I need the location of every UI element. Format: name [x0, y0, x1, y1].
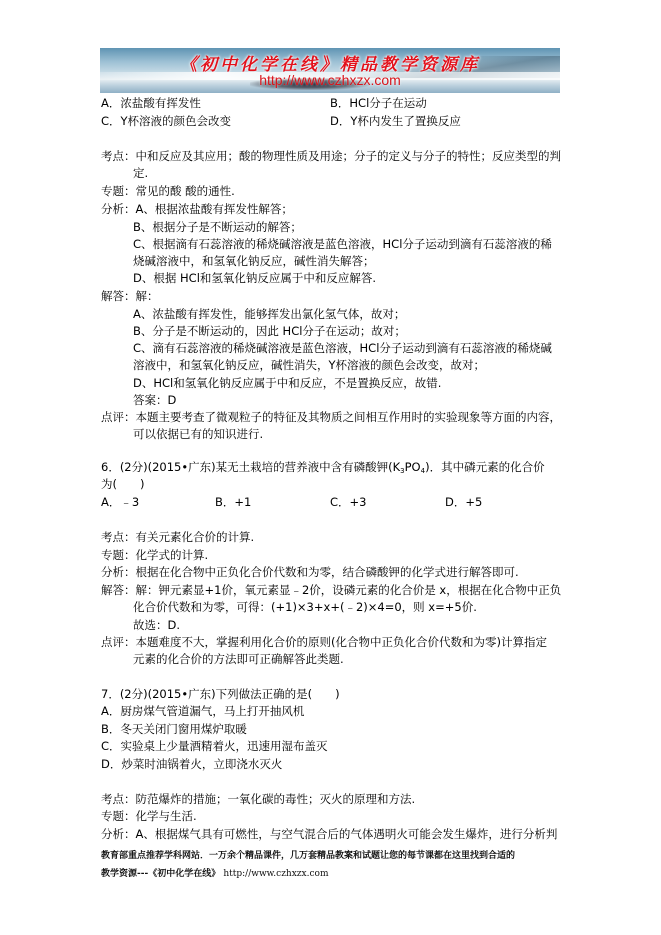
q6-stem-line-2: 为( ) [101, 477, 144, 491]
q5-jieda-line-2: A、浓盐酸有挥发性，能够挥发出氯化氢气体，故对； [133, 307, 405, 321]
q7-fenxi-line-1: 分析：A、根据煤气具有可燃性，与空气混合后的气体遇明火可能会发生爆炸，进行分析判 [101, 827, 557, 841]
footer-line-1: 教育部重点推荐学科网站．一万余个精品课件，几万套精品教案和试题让您的每节课都在这… [101, 850, 515, 862]
site-banner: 《初中化学在线》精品教学资源库 http://www.czhxzx.com [100, 48, 560, 93]
q6-dianping-line-2: 元素的化合价的方法即可正确解答此类题. [133, 652, 344, 666]
q5-fenxi-line-4: 烧碱溶液中，和氢氧化钠反应，碱性消失解答； [133, 254, 375, 268]
q6-option-a: A．﹣3 [101, 495, 139, 509]
q7-option-a: A．厨房煤气管道漏气，马上打开抽风机 [101, 704, 304, 718]
q5-fenxi-line-3: C、根据滴有石蕊溶液的稀烧碱溶液是蓝色溶液，HCl分子运动到滴有石蕊溶液的稀 [133, 237, 552, 251]
q5-jieda-line-6: D、HCl和氢氧化钠反应属于中和反应，不是置换反应，故错. [133, 376, 441, 390]
q6-option-d: D．+5 [445, 495, 482, 509]
q6-stem-part-2: PO [405, 460, 421, 474]
q5-jieda-line-5: 溶液中，和氢氧化钠反应，碱性消失，Y杯溶液的颜色会改变，故对； [133, 358, 485, 372]
q5-kaodian-line-2: 定. [133, 166, 148, 180]
q5-jieda-line-4: C、滴有石蕊溶液的稀烧碱溶液是蓝色溶液，HCl分子运动到滴有石蕊溶液的稀烧碱 [133, 341, 552, 355]
footer-line-2: 教学资源---《初中化学在线》 http://www.czhxzx.com [101, 868, 328, 880]
q5-option-a: A．浓盐酸有挥发性 [101, 96, 201, 110]
q6-stem-part-3: )．其中磷元素的化合价 [425, 460, 545, 474]
q5-fenxi-line-2: B、根据分子是不断运动的解答； [133, 220, 302, 234]
q5-zhuanti: 专题：常见的酸 酸的通性. [101, 184, 235, 198]
q6-jieda-line-2: 化合价代数和为零，可得：(+1)×3+x+(﹣2)×4=0，则 x=+5价. [133, 600, 477, 614]
q5-jieda-answer: 答案：D [133, 393, 176, 407]
footer-url-link[interactable]: http://www.czhxzx.com [223, 869, 328, 879]
q6-jieda-line-1: 解答：解：钾元素显+1价，氧元素显﹣2价，设磷元素的化合价是 x，根据在化合物中… [101, 583, 561, 597]
q6-fenxi: 分析：根据在化合物中正负化合价代数和为零，结合磷酸钾的化学式进行解答即可. [101, 565, 519, 579]
q6-dianping-line-1: 点评：本题难度不大，掌握利用化合价的原则(化合物中正负化合价代数和为零)计算指定 [101, 635, 547, 649]
q5-fenxi-line-5: D、根据 HCl和氢氧化钠反应属于中和反应解答. [133, 271, 376, 285]
q5-option-c: C．Y杯溶液的颜色会改变 [101, 114, 231, 128]
q5-kaodian-line-1: 考点：中和反应及其应用；酸的物理性质及用途；分子的定义与分子的特性；反应类型的判 [101, 149, 561, 163]
q6-stem-part-1: 6．(2分)(2015•广东)某无土栽培的营养液中含有磷酸钾(K [101, 460, 400, 474]
q7-option-c: C．实验桌上少量酒精着火，迅速用湿布盖灭 [101, 739, 328, 753]
q6-option-c: C．+3 [330, 495, 366, 509]
q7-stem: 7．(2分)(2015•广东)下列做法正确的是( ) [101, 687, 340, 701]
q5-dianping-line-1: 点评：本题主要考查了微观粒子的特征及其物质之间相互作用时的实验现象等方面的内容， [101, 410, 561, 424]
q7-option-d: D．炒菜时油锅着火，立即浇水灭火 [101, 757, 282, 771]
q5-dianping-line-2: 可以依据已有的知识进行. [133, 427, 263, 441]
banner-url: http://www.czhxzx.com [100, 72, 560, 88]
q7-kaodian: 考点：防范爆炸的措施；一氧化碳的毒性；灭火的原理和方法. [101, 792, 415, 806]
q5-fenxi-line-1: 分析：A、根据浓盐酸有挥发性解答； [101, 202, 293, 216]
q6-jieda-answer: 故选：D. [133, 618, 180, 632]
q7-zhuanti: 专题：化学与生活. [101, 809, 197, 823]
q6-kaodian: 考点：有关元素化合价的计算. [101, 530, 254, 544]
q6-option-b: B．+1 [215, 495, 251, 509]
q5-jieda-line-1: 解答：解： [101, 289, 159, 303]
q6-zhuanti: 专题：化学式的计算. [101, 548, 208, 562]
footer-site-name: 教学资源---《初中化学在线》 [101, 869, 220, 879]
q5-jieda-line-3: B、分子是不断运动的，因此 HCl分子在运动；故对； [133, 324, 406, 338]
document-page: 《初中化学在线》精品教学资源库 http://www.czhxzx.com A．… [0, 0, 661, 935]
q7-option-b: B．冬天关闭门窗用煤炉取暖 [101, 722, 247, 736]
q5-option-b: B．HCl分子在运动 [330, 96, 427, 110]
q6-stem-line-1: 6．(2分)(2015•广东)某无土栽培的营养液中含有磷酸钾(K3PO4)．其中… [101, 460, 545, 478]
q5-option-d: D．Y杯内发生了置换反应 [330, 114, 461, 128]
